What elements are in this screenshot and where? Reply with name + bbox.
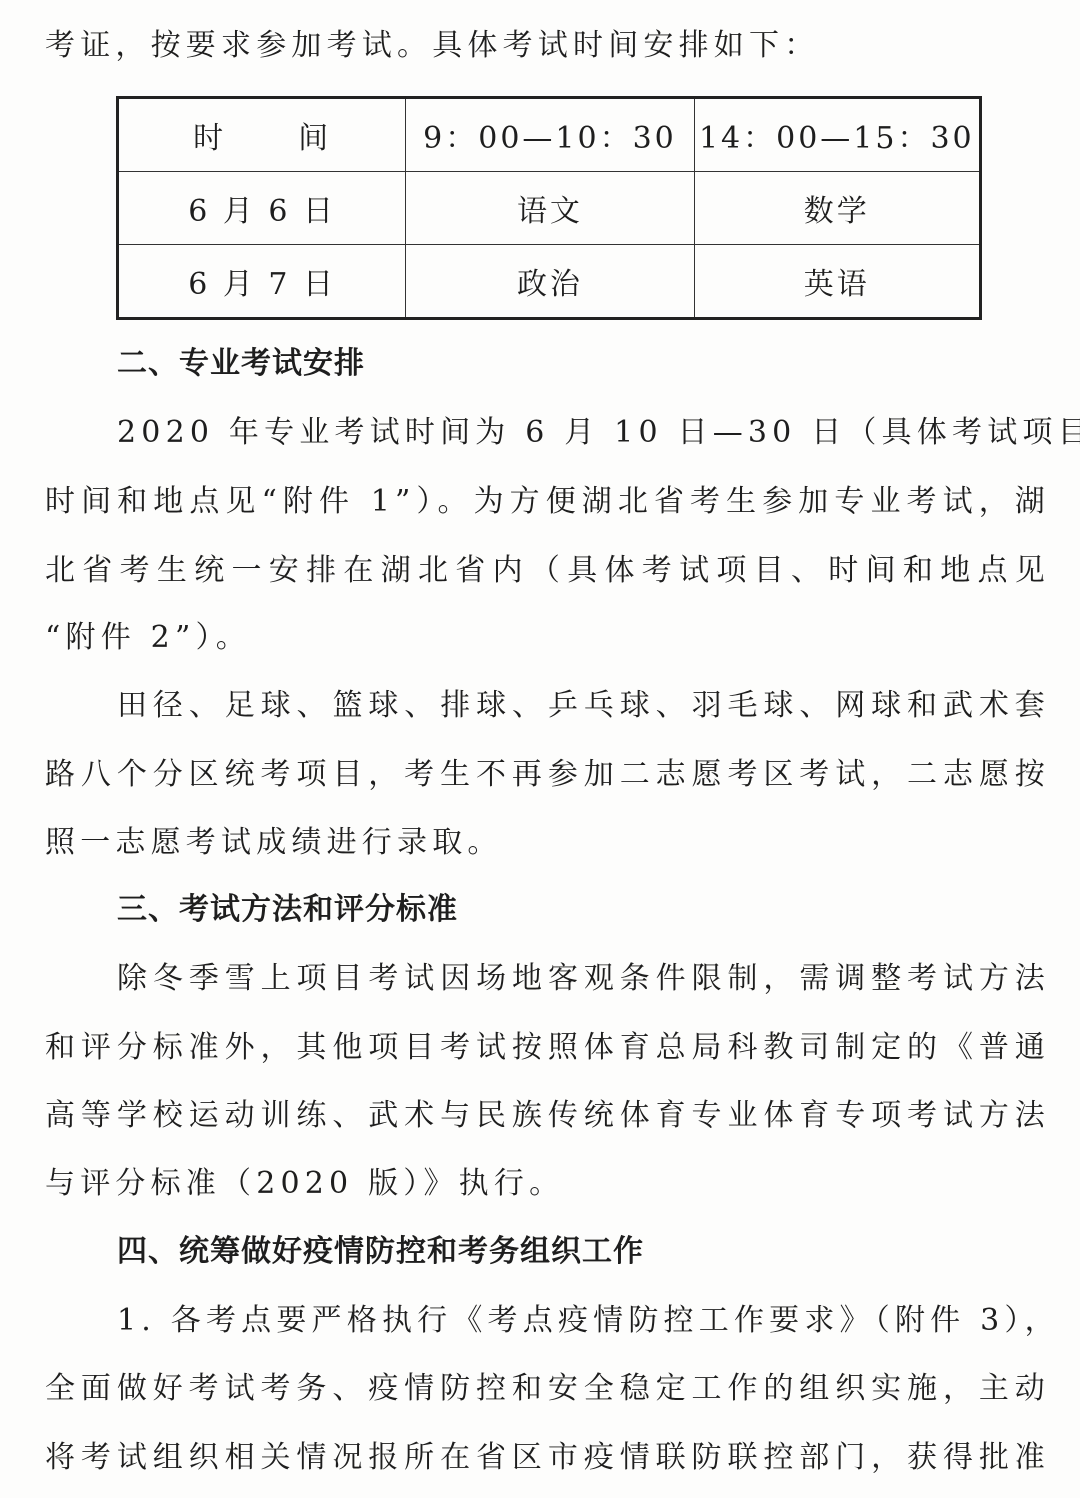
paragraph-line: 与评分标准（2020 版）》执行。 xyxy=(45,1164,1050,1204)
paragraph-line: 和评分标准外，其他项目考试按照体育总局科教司制定的《普通 xyxy=(45,1028,1050,1068)
row-afternoon-subject: 数学 xyxy=(694,172,980,245)
paragraph-line: 2020 年专业考试时间为 6 月 10 日—30 日（具体考试项目、 xyxy=(117,413,1050,453)
table-row: 6 月 6 日 语文 数学 xyxy=(118,172,981,245)
paragraph-line: 北省考生统一安排在湖北省内（具体考试项目、时间和地点见 xyxy=(45,551,1050,591)
paragraph-line: 照一志愿考试成绩进行录取。 xyxy=(45,823,1050,863)
paragraph-line: 1. 各考点要严格执行《考点疫情防控工作要求》（附件 3）， xyxy=(117,1301,1050,1341)
paragraph-line: 田径、足球、篮球、排球、乒乓球、羽毛球、网球和武术套 xyxy=(117,686,1050,726)
exam-schedule-table: 时间 9：00—10：30 14：00—15：30 6 月 6 日 语文 数学 … xyxy=(116,96,982,320)
paragraph-line: 路八个分区统考项目，考生不再参加二志愿考区考试，二志愿按 xyxy=(45,755,1050,795)
table-row: 6 月 7 日 政治 英语 xyxy=(118,245,981,319)
header-label-b: 间 xyxy=(298,121,331,156)
header-time-label: 时间 xyxy=(118,98,406,172)
paragraph-line: 高等学校运动训练、武术与民族传统体育专业体育专项考试方法 xyxy=(45,1096,1050,1136)
intro-line: 考证，按要求参加考试。具体考试时间安排如下： xyxy=(45,26,1050,66)
row-date: 6 月 7 日 xyxy=(118,245,406,319)
paragraph-line: 将考试组织相关情况报所在省区市疫情联防联控部门，获得批准 xyxy=(45,1438,1050,1478)
paragraph-line: “附件 2”）。 xyxy=(45,618,1050,658)
header-morning-slot: 9：00—10：30 xyxy=(406,98,694,172)
paragraph-line: 时间和地点见“附件 1”）。为方便湖北省考生参加专业考试，湖 xyxy=(45,482,1050,522)
row-date: 6 月 6 日 xyxy=(118,172,406,245)
row-morning-subject: 政治 xyxy=(406,245,694,319)
paragraph-line: 除冬季雪上项目考试因场地客观条件限制，需调整考试方法 xyxy=(117,959,1050,999)
section-2-heading: 二、专业考试安排 xyxy=(117,344,365,384)
header-label-a: 时 xyxy=(193,121,226,156)
row-afternoon-subject: 英语 xyxy=(694,245,980,319)
section-3-heading: 三、考试方法和评分标准 xyxy=(117,890,458,930)
paragraph-line: 全面做好考试考务、疫情防控和安全稳定工作的组织实施，主动 xyxy=(45,1369,1050,1409)
row-morning-subject: 语文 xyxy=(406,172,694,245)
section-4-heading: 四、统筹做好疫情防控和考务组织工作 xyxy=(117,1232,644,1272)
header-afternoon-slot: 14：00—15：30 xyxy=(694,98,980,172)
table-header-row: 时间 9：00—10：30 14：00—15：30 xyxy=(118,98,981,172)
